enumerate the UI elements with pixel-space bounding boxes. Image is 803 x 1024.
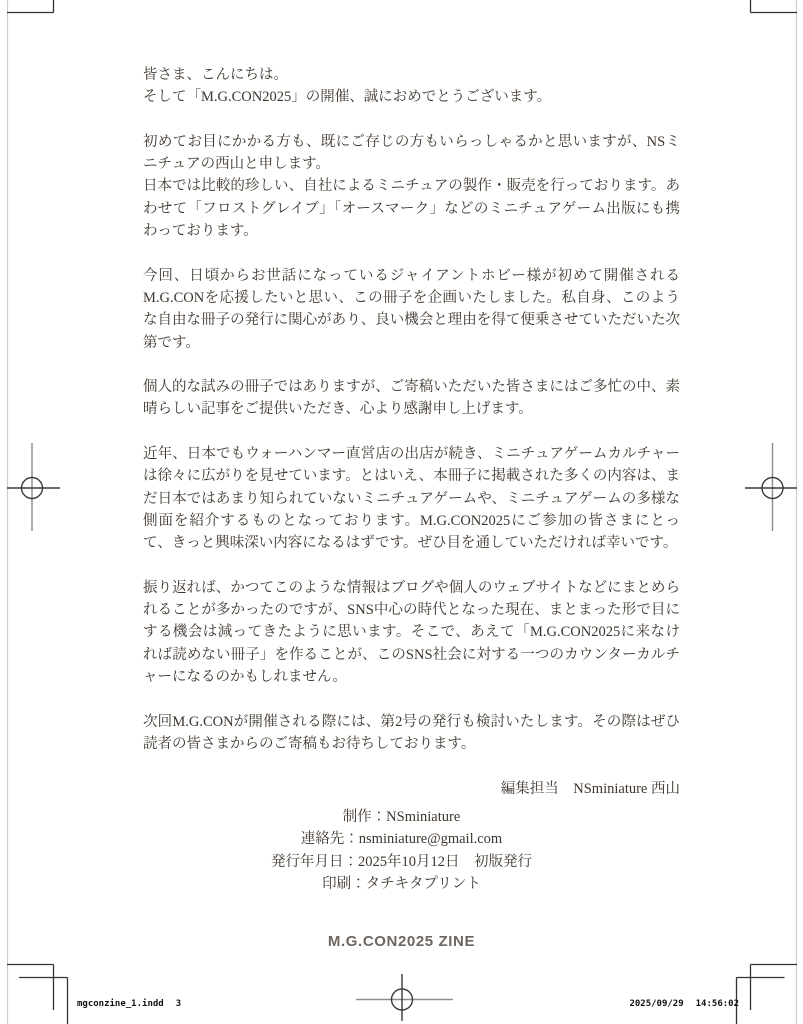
registration-mark-right	[745, 443, 797, 531]
paragraph-block: 次回M.G.CONが開催される際には、第2号の発行も検討いたします。その際はぜひ…	[143, 711, 680, 756]
paragraph: 皆さま、こんにちは。	[143, 64, 680, 86]
paragraph-block: 今回、日頃からお世話になっているジャイアントホビー様が初めて開催されるM.G.C…	[143, 265, 680, 354]
slug-timestamp: 2025/09/2914:56:02	[629, 999, 739, 1009]
paragraph-block: 個人的な試みの冊子ではありますが、ご寄稿いただいた皆さまにはご多忙の中、素晴らし…	[143, 376, 680, 421]
document-page: 皆さま、こんにちは。そして「M.G.CON2025」の開催、誠におめでとうござい…	[0, 0, 803, 1024]
crop-mark-bottom-right	[737, 965, 798, 1024]
paragraph: 次回M.G.CONが開催される際には、第2号の発行も検討いたします。その際はぜひ…	[143, 711, 680, 756]
paragraph: 日本では比較的珍しい、自社によるミニチュアの製作・販売を行っております。あわせて…	[143, 175, 680, 242]
paragraph: 個人的な試みの冊子ではありますが、ご寄稿いただいた皆さまにはご多忙の中、素晴らし…	[143, 376, 680, 421]
registration-mark-left	[7, 443, 60, 531]
crop-mark-top-left	[7, 0, 54, 13]
colophon-production: 制作：NSminiature	[0, 806, 803, 828]
paragraph: そして「M.G.CON2025」の開催、誠におめでとうございます。	[143, 86, 680, 108]
paragraph-block: 近年、日本でもウォーハンマー直営店の出店が続き、ミニチュアゲームカルチャーは徐々…	[143, 443, 680, 554]
paragraph-blocks-container: 皆さま、こんにちは。そして「M.G.CON2025」の開催、誠におめでとうござい…	[143, 64, 680, 755]
slug-file-name: mgconzine_1.indd	[77, 999, 164, 1009]
slug-time: 14:56:02	[696, 999, 739, 1009]
editor-signature: 編集担当 NSminiature 西山	[143, 778, 680, 800]
paragraph: 今回、日頃からお世話になっているジャイアントホビー様が初めて開催されるM.G.C…	[143, 265, 680, 354]
paragraph: 近年、日本でもウォーハンマー直営店の出店が続き、ミニチュアゲームカルチャーは徐々…	[143, 443, 680, 554]
slug-file-info: mgconzine_1.indd3	[77, 999, 181, 1009]
paragraph-block: 初めてお目にかかる方も、既にご存じの方もいらっしゃるかと思いますが、NSミニチュ…	[143, 131, 680, 242]
registration-mark-bottom	[356, 974, 453, 1021]
zine-title: M.G.CON2025 ZINE	[0, 933, 803, 950]
paragraph-block: 振り返れば、かつてこのような情報はブログや個人のウェブサイトなどにまとめられるこ…	[143, 577, 680, 688]
slug-page-number: 3	[176, 999, 181, 1009]
paragraph: 振り返れば、かつてこのような情報はブログや個人のウェブサイトなどにまとめられるこ…	[143, 577, 680, 688]
paragraph-block: 皆さま、こんにちは。そして「M.G.CON2025」の開催、誠におめでとうござい…	[143, 64, 680, 109]
slug-date: 2025/09/29	[629, 999, 683, 1009]
paragraph: 初めてお目にかかる方も、既にご存じの方もいらっしゃるかと思いますが、NSミニチュ…	[143, 131, 680, 176]
colophon: 制作：NSminiature 連絡先：nsminiature@gmail.com…	[0, 806, 803, 895]
letter-body: 皆さま、こんにちは。そして「M.G.CON2025」の開催、誠におめでとうござい…	[143, 64, 680, 800]
colophon-publish-date: 発行年月日：2025年10月12日 初版発行	[0, 851, 803, 873]
crop-mark-bottom-left	[7, 965, 68, 1024]
colophon-printer: 印刷：タチキタプリント	[0, 873, 803, 895]
crop-mark-top-right	[751, 0, 798, 13]
colophon-contact: 連絡先：nsminiature@gmail.com	[0, 828, 803, 850]
